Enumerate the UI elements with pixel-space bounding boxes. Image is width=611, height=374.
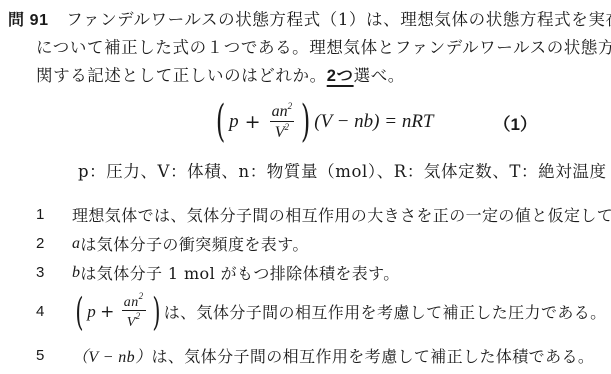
option-3: 3 b は気体分子 1 mol がもつ排除体積を表す。: [36, 261, 400, 284]
option-1: 1 理想気体では、気体分子間の相互作用の大きさを正の一定の値と仮定している。: [36, 203, 611, 226]
option-expr: （V − nb）: [72, 344, 151, 367]
option-number: 2: [36, 235, 72, 252]
den-exp: 2: [284, 122, 289, 132]
den-exp: 2: [136, 311, 141, 321]
eq-label: （1）: [494, 110, 537, 135]
frac-num: an: [124, 295, 139, 310]
question-text-1: ファンデルワールスの状態方程式（1）は、理想気体の状態方程式を実在気体: [66, 10, 611, 29]
right-paren: ): [301, 100, 310, 144]
option-text: は、気体分子間の相互作用を考慮して補正した圧力である。: [164, 300, 607, 323]
question-line-1: 問 91 ファンデルワールスの状態方程式（1）は、理想気体の状態方程式を実在気体: [8, 6, 611, 30]
expr-p: p: [87, 302, 96, 322]
option-5: 5 （V − nb） は、気体分子間の相互作用を考慮して補正した体積である。: [36, 344, 594, 367]
expr-fraction: an2 V2: [122, 292, 146, 331]
right-paren: ): [152, 293, 160, 331]
num-exp: 2: [288, 101, 293, 111]
eq-p: p: [229, 111, 239, 133]
question-text-3: 関する記述として正しいのはどれか。: [36, 66, 327, 85]
question-number: 問 91: [8, 12, 49, 29]
option-number: 3: [36, 264, 72, 281]
option-number: 5: [36, 347, 72, 364]
emphasis-two: 2つ: [327, 67, 354, 85]
option-number: 4: [36, 303, 72, 320]
option-text: は気体分子の衝突頻度を表す。: [80, 232, 308, 255]
frac-den: V: [127, 315, 136, 330]
left-paren: (: [216, 100, 225, 144]
option-text: は、気体分子間の相互作用を考慮して補正した体積である。: [151, 344, 594, 367]
variable-legend: p：圧力、V：体積、n：物質量（mol）、R：気体定数、T：絶対温度: [78, 158, 607, 182]
option-4: 4 ( p + an2 V2 ) は、気体分子間の相互作用を考慮して補正した圧力…: [36, 292, 607, 331]
question-line-3: 関する記述として正しいのはどれか。2つ選べ。: [36, 62, 405, 86]
option-number: 1: [36, 206, 72, 223]
option-var: b: [72, 264, 80, 282]
question-line-2: について補正した式の１つである。理想気体とファンデルワールスの状態方程式に: [36, 34, 611, 58]
option-var: a: [72, 235, 80, 253]
question-text-3-end: 選べ。: [354, 66, 405, 85]
eq-rest: (V − nb) = nRT: [314, 111, 433, 133]
option-4-expr: ( p + an2 V2 ): [72, 292, 164, 331]
expr-plus: +: [100, 302, 115, 322]
option-2: 2 a は気体分子の衝突頻度を表す。: [36, 232, 309, 255]
frac-num: an: [272, 103, 288, 120]
option-text: は気体分子 1 mol がもつ排除体積を表す。: [80, 261, 399, 284]
eq-fraction: an2 V2: [270, 102, 295, 142]
left-paren: (: [75, 293, 83, 331]
vdw-equation: ( p + an2 V2 ) (V − nb) = nRT （1）: [212, 100, 537, 144]
option-text: 理想気体では、気体分子間の相互作用の大きさを正の一定の値と仮定している。: [72, 203, 611, 226]
num-exp: 2: [139, 291, 144, 301]
eq-plus: +: [245, 111, 261, 133]
